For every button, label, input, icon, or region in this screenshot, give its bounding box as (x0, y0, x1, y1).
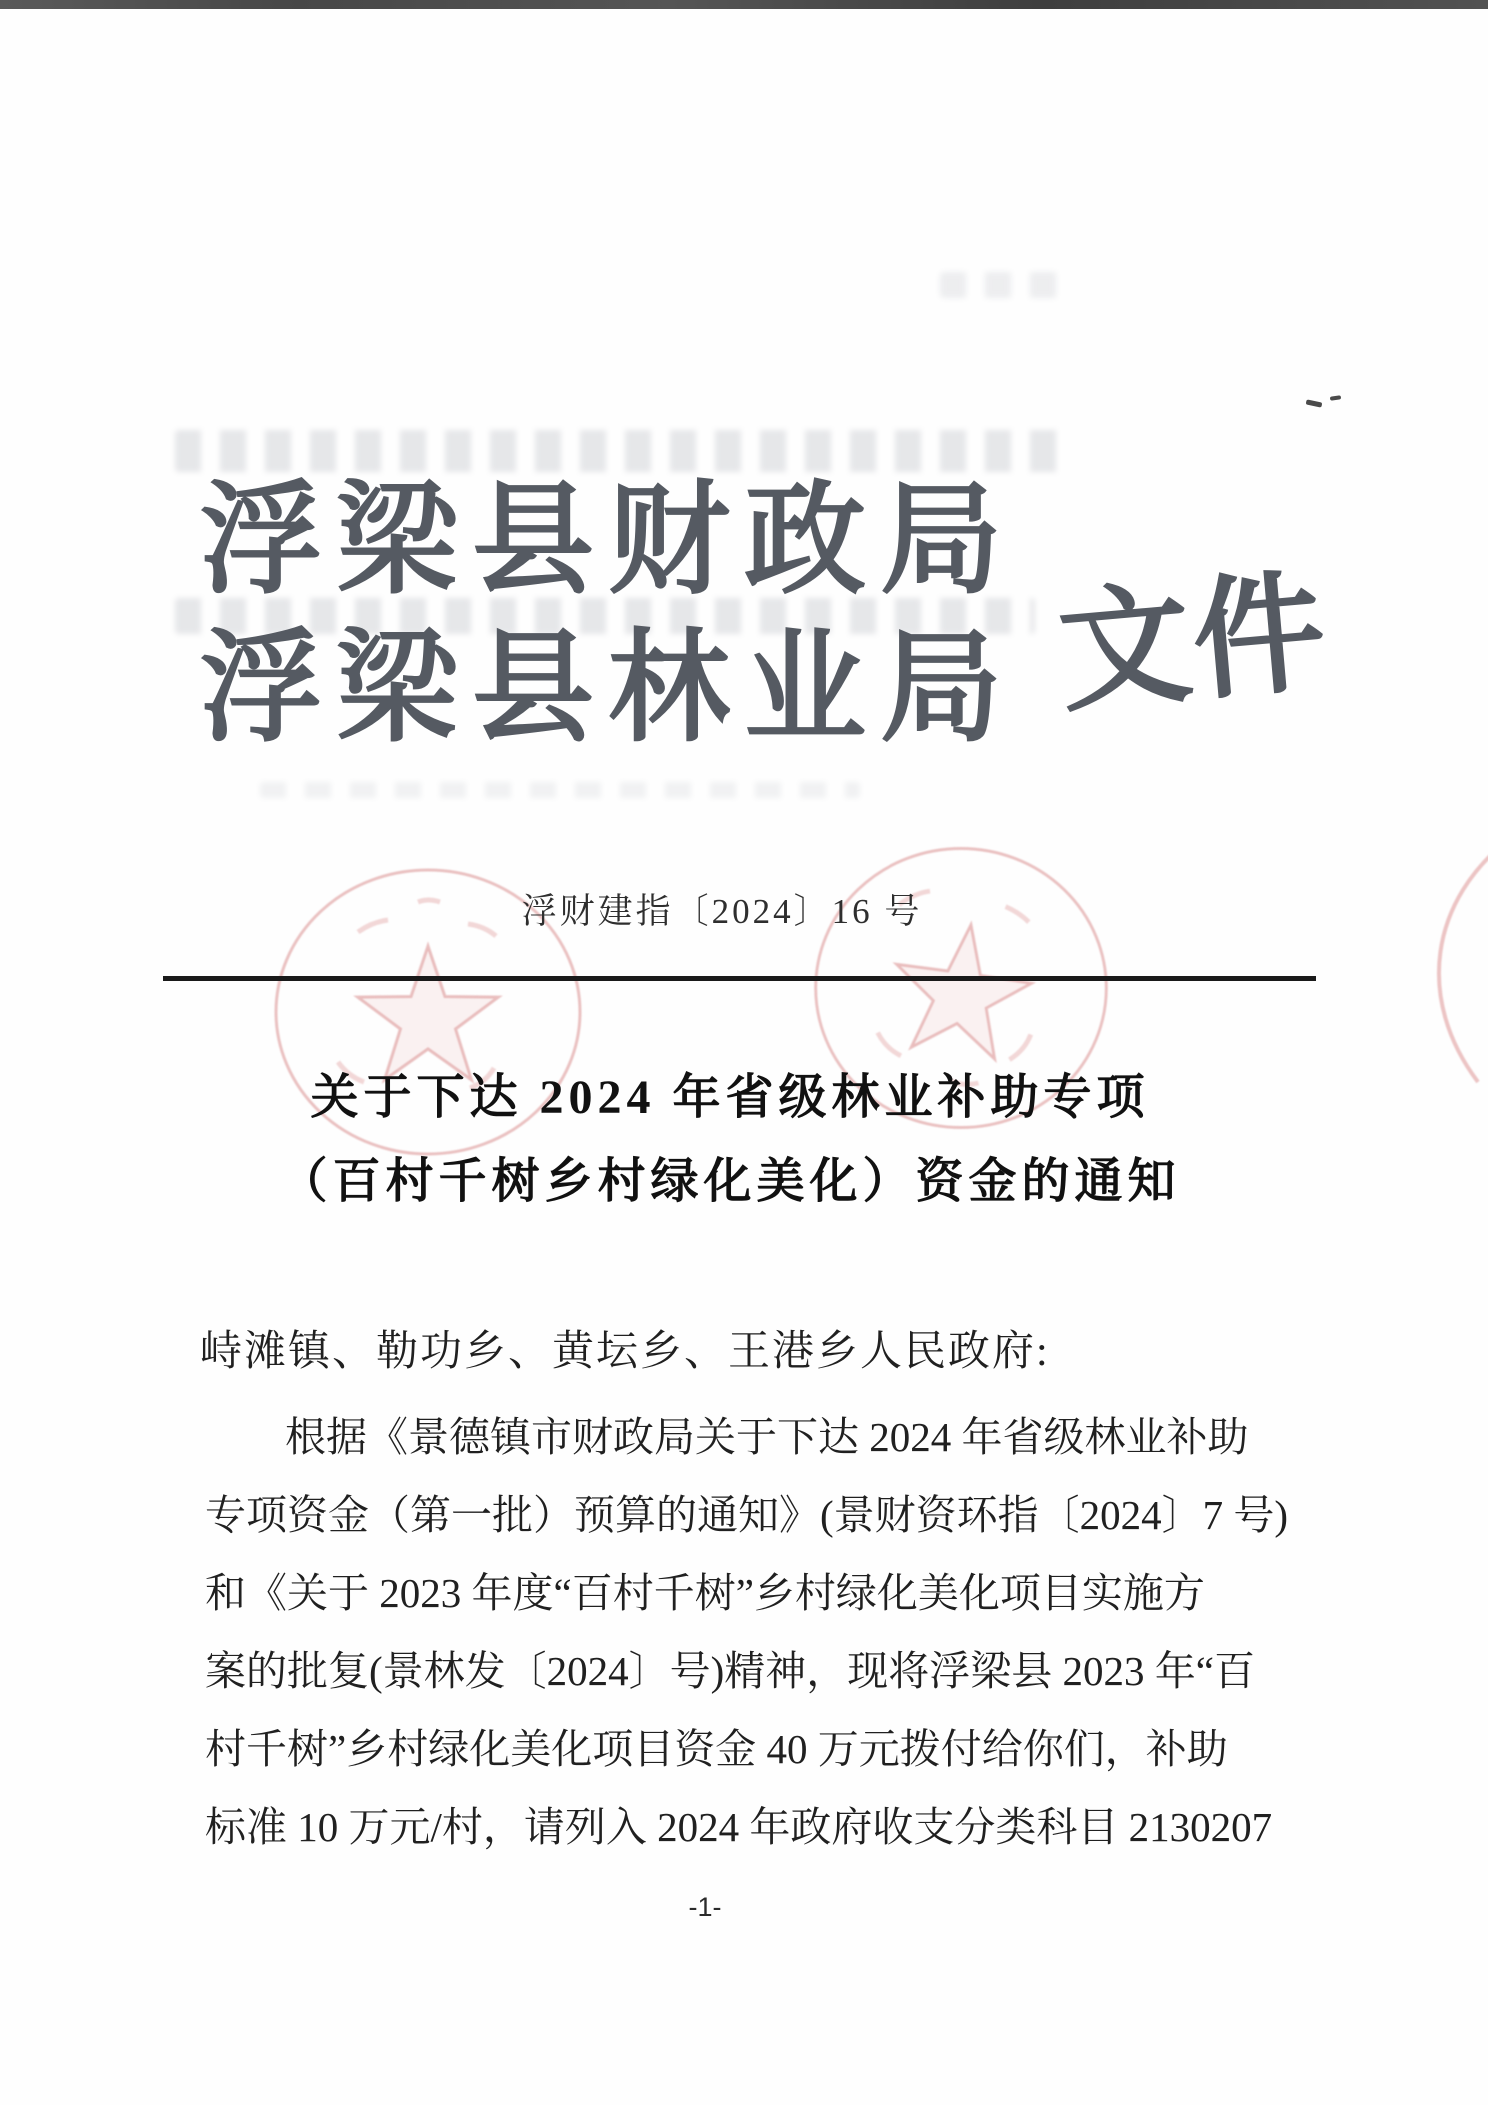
page-number: -1- (0, 1892, 1410, 1923)
separator-rule (163, 976, 1316, 981)
salutation: 峙滩镇、勒功乡、黄坛乡、王港乡人民政府: (200, 1318, 1050, 1378)
title-line2: （百村千树乡村绿化美化）资金的通知 (20, 1140, 1440, 1224)
body-line: 和《关于 2023 年度“百村千树”乡村绿化美化项目实施方 (205, 1554, 1280, 1632)
scan-speck (1330, 395, 1341, 400)
scan-speck (1306, 399, 1323, 407)
doc-type-label: 文件 (1050, 525, 1334, 738)
ink-bleedthrough-band (260, 782, 860, 798)
agency-name-line1: 浮梁县财政局 (200, 468, 1100, 616)
body-line: 案的批复(景林发〔2024〕号)精神，现将浮梁县 2023 年“百 (205, 1632, 1280, 1710)
body-line: 专项资金（第一批）预算的通知》(景财资环指〔2024〕7 号) (205, 1476, 1280, 1554)
body-line: 村千树”乡村绿化美化项目资金 40 万元拨付给你们，补助 (205, 1710, 1280, 1788)
star-icon (885, 915, 1038, 1062)
document-title: 关于下达 2024 年省级林业补助专项 （百村千树乡村绿化美化）资金的通知 (20, 1056, 1440, 1224)
stamp-ring (1439, 836, 1488, 1082)
scanned-document-page: 浮梁县财政局 浮梁县林业局 文件 浮财建指〔2024〕16 号 关于下达 202… (0, 0, 1488, 2105)
body-paragraph: 根据《景德镇市财政局关于下达 2024 年省级林业补助 专项资金（第一批）预算的… (205, 1398, 1280, 1866)
letterhead: 浮梁县财政局 浮梁县林业局 (200, 468, 1100, 764)
ink-bleedthrough-band (175, 430, 1075, 472)
body-line: 根据《景德镇市财政局关于下达 2024 年省级林业补助 (205, 1398, 1280, 1476)
scan-edge-artifact (0, 0, 1488, 9)
title-line1: 关于下达 2024 年省级林业补助专项 (20, 1056, 1440, 1140)
ink-bleedthrough-band (940, 272, 1070, 298)
red-seal-stamp-edge-fragment (1398, 830, 1488, 1090)
agency-name-line2: 浮梁县林业局 (200, 616, 1100, 764)
body-line: 标准 10 万元/村，请列入 2024 年政府收支分类科目 2130207 (205, 1788, 1280, 1866)
document-number: 浮财建指〔2024〕16 号 (0, 884, 1444, 934)
